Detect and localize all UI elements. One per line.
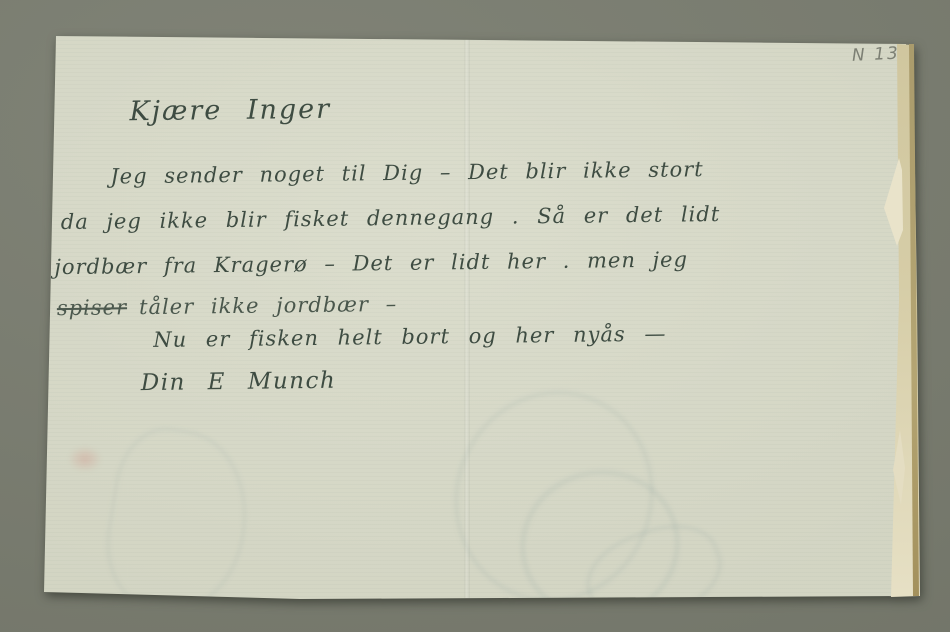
- letter-signature: Din E Munch: [141, 368, 337, 396]
- letter-line: spisertåler ikke jordbær –: [57, 292, 398, 320]
- stray-pencil-mark: [37, 59, 48, 76]
- letter-line: da jeg ikke blir fisket dennegang . Så e…: [61, 202, 721, 234]
- letter-sheet: N 1321 Kjære Inger Jeg sender noget til …: [0, 0, 950, 632]
- letter-line-text: tåler ikke jordbær –: [139, 292, 397, 319]
- crossed-out-word: spiser: [57, 295, 127, 320]
- handwritten-text-block: Kjære Inger Jeg sender noget til Dig – D…: [0, 0, 950, 632]
- letter-line: Jeg sender noget til Dig – Det blir ikke…: [110, 157, 704, 188]
- letter-sheet-wrapper: N 1321 Kjære Inger Jeg sender noget til …: [0, 0, 950, 632]
- letter-line: Nu er fisken helt bort og her nyås —: [153, 322, 666, 352]
- photograph-of-letter: N 1321 Kjære Inger Jeg sender noget til …: [0, 0, 950, 632]
- letter-greeting: Kjære Inger: [129, 94, 331, 127]
- letter-line: jordbær fra Kragerø – Det er lidt her . …: [54, 247, 688, 279]
